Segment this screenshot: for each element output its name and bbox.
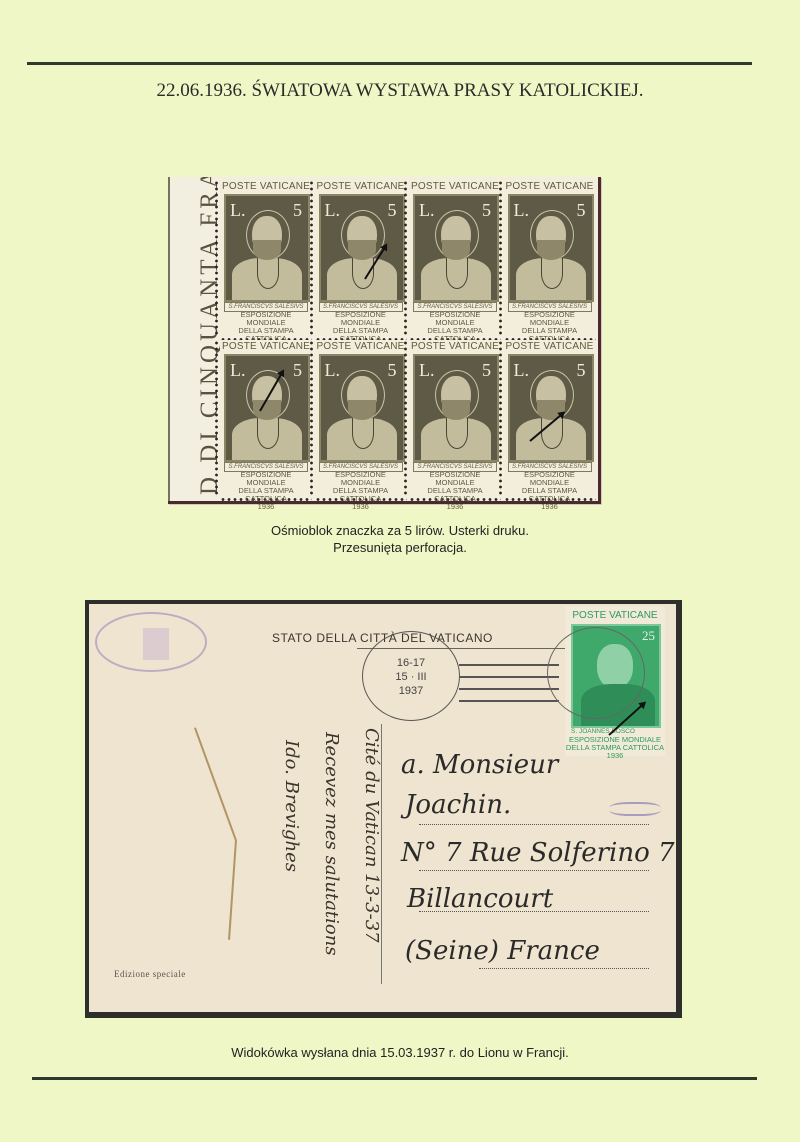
stamp-value: 5	[577, 360, 586, 381]
perforation	[310, 340, 313, 496]
perforation	[499, 340, 502, 496]
perforation	[404, 340, 407, 496]
stamp-year: 1936	[565, 752, 665, 760]
postmark: 16-17 15 · III 1937	[362, 631, 460, 721]
postmark-on-stamp	[547, 627, 645, 719]
address-line: (Seine) France	[405, 936, 600, 966]
pectoral-cross-chain	[446, 258, 468, 289]
stamp-header: POSTE VATICANE	[315, 341, 407, 352]
stamp-header: POSTE VATICANE	[220, 341, 312, 352]
stamp-currency: L.	[514, 360, 530, 381]
address-line: N° 7 Rue Solferino 7	[401, 838, 675, 868]
stamp-header: POSTE VATICANE	[565, 610, 665, 621]
cancel-wave-line	[459, 676, 559, 678]
stamp-portrait: L. 5	[413, 354, 499, 462]
cancel-wave-line	[459, 664, 559, 666]
cancel-wave-line	[459, 688, 559, 690]
exposition-line-2: DELLA STAMPA CATTOLICA	[504, 487, 596, 503]
stamp-currency: L.	[419, 360, 435, 381]
postmark-day-month: 15 · III	[363, 670, 459, 684]
stamp-year: 1936	[504, 503, 596, 511]
stamp-currency: L.	[419, 200, 435, 221]
pectoral-cross-chain	[257, 418, 279, 449]
stamp-row2-col2: POSTE VATICANE L. 5 S.FRANCISCVS SALESIV…	[315, 340, 407, 496]
portrait-beard	[442, 240, 470, 260]
stamp-portrait: L. 5	[224, 194, 310, 302]
cachet-emblem-icon	[143, 628, 169, 660]
purple-crayon-mark	[609, 802, 661, 816]
stamp-value: 5	[482, 200, 491, 221]
stamp-portrait: L. 5	[508, 194, 594, 302]
stamp-value: 5	[577, 200, 586, 221]
stamp-portrait: L. 5	[319, 354, 405, 462]
stamp-row2-col3: POSTE VATICANE L. 5 S.FRANCISCVS SALESIV…	[409, 340, 501, 496]
stamp-header: POSTE VATICANE	[504, 341, 596, 352]
portrait-beard	[348, 240, 376, 260]
address-line: Billancourt	[407, 884, 553, 914]
address-dotted-line	[419, 824, 649, 825]
stamp-year: 1936	[409, 503, 501, 511]
stamp-currency: L.	[514, 200, 530, 221]
pencil-stroke	[194, 727, 236, 840]
pectoral-cross-chain	[541, 258, 563, 289]
stamp-header: POSTE VATICANE	[409, 341, 501, 352]
address-dotted-line	[419, 911, 649, 912]
stamp-row1-col3: POSTE VATICANE L. 5 S.FRANCISCVS SALESIV…	[409, 180, 501, 336]
stamp-row2-col1: POSTE VATICANE L. 5 S.FRANCISCVS SALESIV…	[220, 340, 312, 496]
page-title: 22.06.1936. ŚWIATOWA WYSTAWA PRASY KATOL…	[0, 80, 800, 102]
stamp-row1-col4: POSTE VATICANE L. 5 S.FRANCISCVS SALESIV…	[504, 180, 596, 336]
stamp-block-caption: Ośmioblok znaczka za 5 lirów. Usterki dr…	[0, 522, 800, 556]
stamp-value: 25	[642, 628, 655, 644]
stamp-value: 5	[388, 200, 397, 221]
stamp-portrait: L. 5	[508, 354, 594, 462]
caption-line-1: Ośmioblok znaczka za 5 lirów. Usterki dr…	[0, 522, 800, 539]
caption-line-2: Przesunięta perforacja.	[0, 539, 800, 556]
exposition-line-1: ESPOSIZIONE MONDIALE	[220, 311, 312, 327]
portrait-beard	[537, 240, 565, 260]
postmark-year: 1937	[363, 684, 459, 698]
stamp-block: D DI CINQUANTA FRAN POSTE VATICANE L. 5 …	[168, 177, 601, 504]
postcard-caption: Widokówka wysłana dnia 15.03.1937 r. do …	[0, 1044, 800, 1061]
stamp-row1-col2: POSTE VATICANE L. 5 S.FRANCISCVS SALESIV…	[315, 180, 407, 336]
oval-cachet	[95, 612, 207, 672]
stamp-header: POSTE VATICANE	[409, 181, 501, 192]
stamp-header: POSTE VATICANE	[504, 181, 596, 192]
exposition-line-1: ESPOSIZIONE MONDIALE	[315, 311, 407, 327]
message-line: Recevez mes salutations	[321, 732, 342, 956]
exposition-line-1: ESPOSIZIONE MONDIALE	[220, 471, 312, 487]
stamp-exposition: ESPOSIZIONE MONDIALE DELLA STAMPA CATTOL…	[315, 471, 407, 511]
top-rule	[27, 62, 752, 65]
stamp-value: 5	[293, 200, 302, 221]
postmark-time: 16-17	[363, 656, 459, 670]
postcard: STATO DELLA CITTÀ DEL VATICANO 16-17 15 …	[85, 600, 682, 1018]
cancel-wave-line	[459, 700, 559, 702]
exposition-line-1: ESPOSIZIONE MONDIALE	[504, 311, 596, 327]
perforation	[499, 180, 502, 336]
edition-label: Edizione speciale	[114, 969, 186, 979]
perforation	[215, 180, 218, 336]
stamp-year: 1936	[315, 503, 407, 511]
stamp-portrait: L. 5	[319, 194, 405, 302]
stamp-currency: L.	[325, 200, 341, 221]
perforation	[310, 180, 313, 336]
exposition-line-1: ESPOSIZIONE MONDIALE	[504, 471, 596, 487]
portrait-beard	[253, 240, 281, 260]
exposition-line-2: DELLA STAMPA CATTOLICA	[220, 487, 312, 503]
stamp-exposition: ESPOSIZIONE MONDIALE DELLA STAMPA CATTOL…	[565, 736, 665, 760]
stamp-row1-col1: POSTE VATICANE L. 5 S.FRANCISCVS SALESIV…	[220, 180, 312, 336]
stamp-currency: L.	[325, 360, 341, 381]
portrait-beard	[253, 400, 281, 420]
postcard-paper: STATO DELLA CITTÀ DEL VATICANO 16-17 15 …	[89, 604, 676, 1012]
stamp-exposition: ESPOSIZIONE MONDIALE DELLA STAMPA CATTOL…	[504, 471, 596, 511]
bottom-rule	[32, 1077, 757, 1080]
perforation	[215, 340, 218, 496]
pectoral-cross-chain	[352, 418, 374, 449]
sheet-margin: D DI CINQUANTA FRAN	[168, 177, 216, 501]
stamp-portrait: L. 5	[224, 354, 310, 462]
exposition-line-1: ESPOSIZIONE MONDIALE	[409, 311, 501, 327]
stamp-value: 5	[482, 360, 491, 381]
perforation	[404, 180, 407, 336]
stamp-row2-col4: POSTE VATICANE L. 5 S.FRANCISCVS SALESIV…	[504, 340, 596, 496]
portrait-beard	[442, 400, 470, 420]
stamp-header: POSTE VATICANE	[315, 181, 407, 192]
pectoral-cross-chain	[257, 258, 279, 289]
message-line: Ido. Brevighes	[281, 740, 302, 872]
stamp-value: 5	[388, 360, 397, 381]
stamp-year: 1936	[220, 503, 312, 511]
stamp-value: 5	[293, 360, 302, 381]
pectoral-cross-chain	[352, 258, 374, 289]
message-line: Cité du Vatican 13-3-37	[361, 728, 382, 943]
exposition-line-1: ESPOSIZIONE MONDIALE	[409, 471, 501, 487]
stamp-header: POSTE VATICANE	[220, 181, 312, 192]
portrait-beard	[348, 400, 376, 420]
stamp-currency: L.	[230, 360, 246, 381]
pectoral-cross-chain	[446, 418, 468, 449]
address-line: a. Monsieur	[401, 750, 558, 780]
pencil-stroke	[228, 840, 236, 940]
address-dotted-line	[419, 870, 649, 871]
address-dotted-line	[479, 968, 649, 969]
address-line: Joachin.	[405, 790, 511, 820]
stamp-currency: L.	[230, 200, 246, 221]
stamp-exposition: ESPOSIZIONE MONDIALE DELLA STAMPA CATTOL…	[409, 471, 501, 511]
postmark-date: 16-17 15 · III 1937	[363, 656, 459, 698]
stamp-exposition: ESPOSIZIONE MONDIALE DELLA STAMPA CATTOL…	[220, 471, 312, 511]
exposition-line-1: ESPOSIZIONE MONDIALE	[315, 471, 407, 487]
exposition-line-2: DELLA STAMPA CATTOLICA	[315, 487, 407, 503]
stamp-portrait: L. 5	[413, 194, 499, 302]
exposition-line-2: DELLA STAMPA CATTOLICA	[409, 487, 501, 503]
